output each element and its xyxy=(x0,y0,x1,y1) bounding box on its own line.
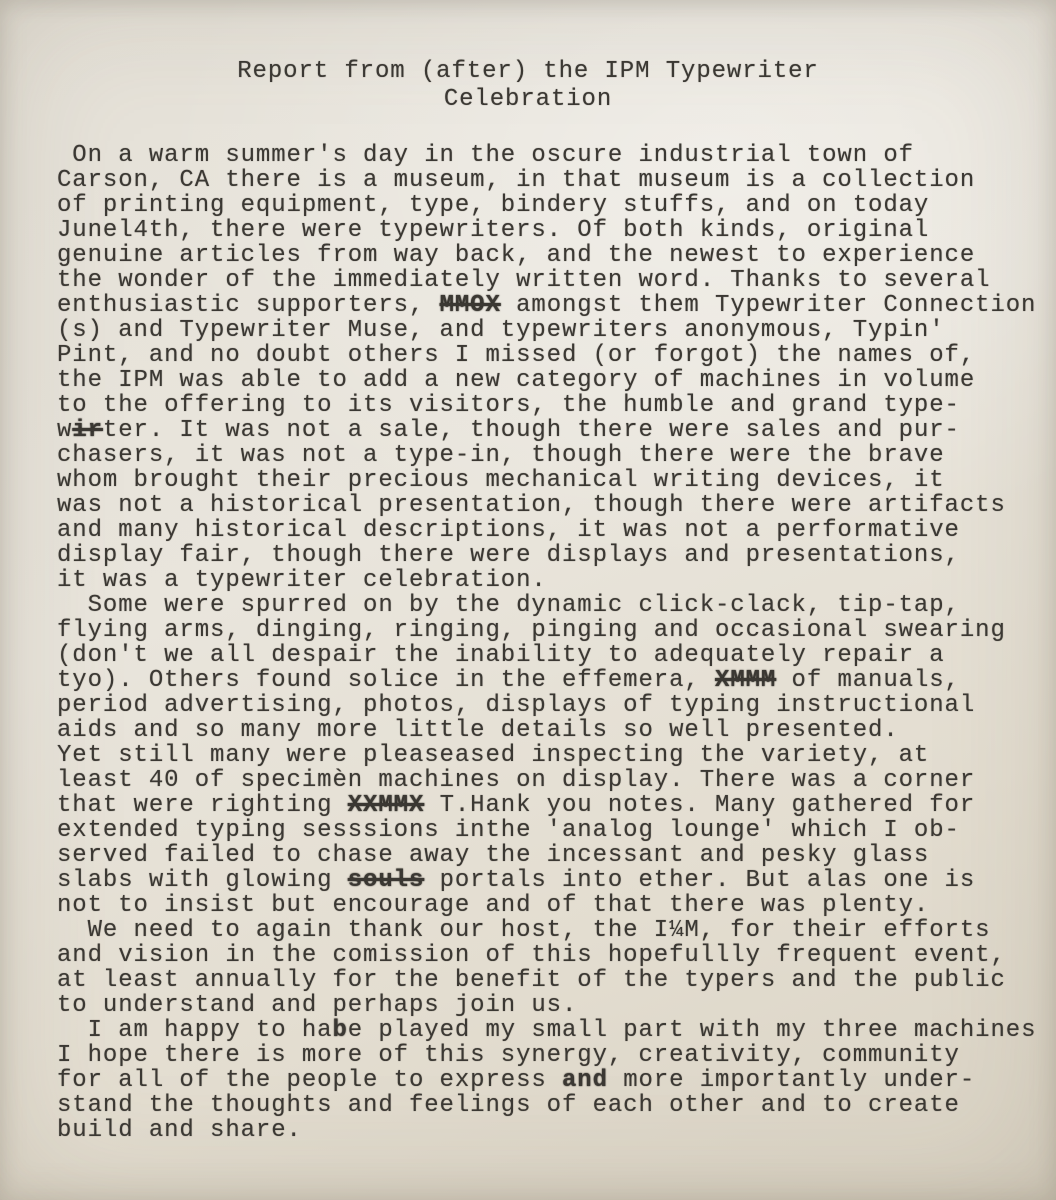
title-line-1: Report from (after) the IPM Typewriter xyxy=(0,58,1056,86)
text-segment: period advertising, photos, displays of … xyxy=(57,692,975,719)
text-segment: build and share. xyxy=(57,1117,302,1144)
body-line: to understand and perhaps join us. xyxy=(57,993,1036,1018)
text-segment: it was a typewriter celebration. xyxy=(57,567,547,594)
body-line: Yet still many were pleaseased inspectin… xyxy=(57,743,1036,768)
text-segment: portals into ether. But alas one is xyxy=(424,867,975,894)
body-line: not to insist but encourage and of that … xyxy=(57,893,1036,918)
body-line: was not a historical presentation, thoug… xyxy=(57,493,1036,518)
body-line: slabs with glowing souls portals into et… xyxy=(57,868,1036,893)
title-line-2: Celebration xyxy=(0,86,1056,114)
text-segment: T.Hank you notes. Many gathered for xyxy=(424,792,975,819)
text-segment: I am happy to ha xyxy=(57,1017,332,1044)
body-line: Carson, CA there is a museum, in that mu… xyxy=(57,168,1036,193)
body-line: period advertising, photos, displays of … xyxy=(57,693,1036,718)
text-segment: We need to again thank our host, the I¼M… xyxy=(57,917,990,944)
text-segment: slabs with glowing xyxy=(57,867,348,894)
text-segment: not to insist but encourage and of that … xyxy=(57,892,929,919)
body-line: it was a typewriter celebration. xyxy=(57,568,1036,593)
text-segment: of printing equipment, type, bindery stu… xyxy=(57,192,929,219)
body-line: I am happy to habe played my small part … xyxy=(57,1018,1036,1043)
text-segment: display fair, though there were displays… xyxy=(57,542,960,569)
text-segment: at least annually for the benefit of the… xyxy=(57,967,1006,994)
text-segment: more importantly under- xyxy=(608,1067,975,1094)
text-segment: to understand and perhaps join us. xyxy=(57,992,577,1019)
text-segment: to the offering to its visitors, the hum… xyxy=(57,392,960,419)
body-line: tyo). Others found solice in the effemer… xyxy=(57,668,1036,693)
body-line: to the offering to its visitors, the hum… xyxy=(57,393,1036,418)
text-segment: and vision in the comission of this hope… xyxy=(57,942,1006,969)
body-line: (don't we all despair the inability to a… xyxy=(57,643,1036,668)
body-line: the IPM was able to add a new category o… xyxy=(57,368,1036,393)
body-line: display fair, though there were displays… xyxy=(57,543,1036,568)
overstruck-text: souls xyxy=(348,867,425,894)
typewritten-page: Report from (after) the IPM Typewriter C… xyxy=(0,0,1056,1200)
document-body: On a warm summer's day in the oscure ind… xyxy=(57,143,1036,1143)
body-line: for all of the people to express and mor… xyxy=(57,1068,1036,1093)
text-segment: of manuals, xyxy=(776,667,960,694)
text-segment: for all of the people to express xyxy=(57,1067,562,1094)
overstruck-text: b xyxy=(332,1017,347,1044)
body-line: at least annually for the benefit of the… xyxy=(57,968,1036,993)
text-segment: Pint, and no doubt others I missed (or f… xyxy=(57,342,975,369)
body-line: I hope there is more of this synergy, cr… xyxy=(57,1043,1036,1068)
text-segment: e played my small part with my three mac… xyxy=(348,1017,1037,1044)
overstruck-text: ir xyxy=(72,417,103,444)
text-segment: genuine articles from way back, and the … xyxy=(57,242,975,269)
text-segment: served failed to chase away the incessan… xyxy=(57,842,929,869)
text-segment: the IPM was able to add a new category o… xyxy=(57,367,975,394)
body-line: Junel4th, there were typewriters. Of bot… xyxy=(57,218,1036,243)
overstruck-text: XXMMX xyxy=(348,792,425,819)
text-segment: (s) and Typewriter Muse, and typewriters… xyxy=(57,317,945,344)
body-line: build and share. xyxy=(57,1118,1036,1143)
body-line: of printing equipment, type, bindery stu… xyxy=(57,193,1036,218)
body-line: aids and so many more little details so … xyxy=(57,718,1036,743)
overstruck-text: MMOX xyxy=(440,292,501,319)
body-line: and vision in the comission of this hope… xyxy=(57,943,1036,968)
text-segment: the wonder of the immediately written wo… xyxy=(57,267,990,294)
body-line: chasers, it was not a type-in, though th… xyxy=(57,443,1036,468)
text-segment: Junel4th, there were typewriters. Of bot… xyxy=(57,217,929,244)
body-line: least 40 of specimèn machines on display… xyxy=(57,768,1036,793)
body-line: and many historical descriptions, it was… xyxy=(57,518,1036,543)
body-line: enthusiastic supporters, MMOX amongst th… xyxy=(57,293,1036,318)
text-segment: whom brought their precious mechanical w… xyxy=(57,467,945,494)
overstruck-text: XMMM xyxy=(715,667,776,694)
text-segment: Yet still many were pleaseased inspectin… xyxy=(57,742,929,769)
body-line: served failed to chase away the incessan… xyxy=(57,843,1036,868)
text-segment: and many historical descriptions, it was… xyxy=(57,517,960,544)
body-line: (s) and Typewriter Muse, and typewriters… xyxy=(57,318,1036,343)
body-line: wirter. It was not a sale, though there … xyxy=(57,418,1036,443)
text-segment: Some were spurred on by the dynamic clic… xyxy=(57,592,960,619)
text-segment: stand the thoughts and feelings of each … xyxy=(57,1092,960,1119)
text-segment: I hope there is more of this synergy, cr… xyxy=(57,1042,960,1069)
text-segment: extended typing sesssions inthe 'analog … xyxy=(57,817,960,844)
text-segment: chasers, it was not a type-in, though th… xyxy=(57,442,945,469)
text-segment: ter. It was not a sale, though there wer… xyxy=(103,417,960,444)
document-title: Report from (after) the IPM Typewriter C… xyxy=(0,58,1056,114)
body-line: We need to again thank our host, the I¼M… xyxy=(57,918,1036,943)
body-line: extended typing sesssions inthe 'analog … xyxy=(57,818,1036,843)
text-segment: Carson, CA there is a museum, in that mu… xyxy=(57,167,975,194)
body-line: stand the thoughts and feelings of each … xyxy=(57,1093,1036,1118)
text-segment: amongst them Typewriter Connection xyxy=(501,292,1037,319)
overstruck-text: and xyxy=(562,1067,608,1094)
text-segment: was not a historical presentation, thoug… xyxy=(57,492,1006,519)
body-line: flying arms, dinging, ringing, pinging a… xyxy=(57,618,1036,643)
text-segment: w xyxy=(57,417,72,444)
body-line: On a warm summer's day in the oscure ind… xyxy=(57,143,1036,168)
text-segment: least 40 of specimèn machines on display… xyxy=(57,767,975,794)
body-line: Some were spurred on by the dynamic clic… xyxy=(57,593,1036,618)
text-segment: flying arms, dinging, ringing, pinging a… xyxy=(57,617,1006,644)
text-segment: tyo). Others found solice in the effemer… xyxy=(57,667,715,694)
body-line: genuine articles from way back, and the … xyxy=(57,243,1036,268)
text-segment: (don't we all despair the inability to a… xyxy=(57,642,945,669)
text-segment: enthusiastic supporters, xyxy=(57,292,440,319)
body-line: whom brought their precious mechanical w… xyxy=(57,468,1036,493)
text-segment: that were righting xyxy=(57,792,348,819)
text-segment: aids and so many more little details so … xyxy=(57,717,899,744)
body-line: the wonder of the immediately written wo… xyxy=(57,268,1036,293)
body-line: Pint, and no doubt others I missed (or f… xyxy=(57,343,1036,368)
text-segment: On a warm summer's day in the oscure ind… xyxy=(57,142,914,169)
body-line: that were righting XXMMX T.Hank you note… xyxy=(57,793,1036,818)
